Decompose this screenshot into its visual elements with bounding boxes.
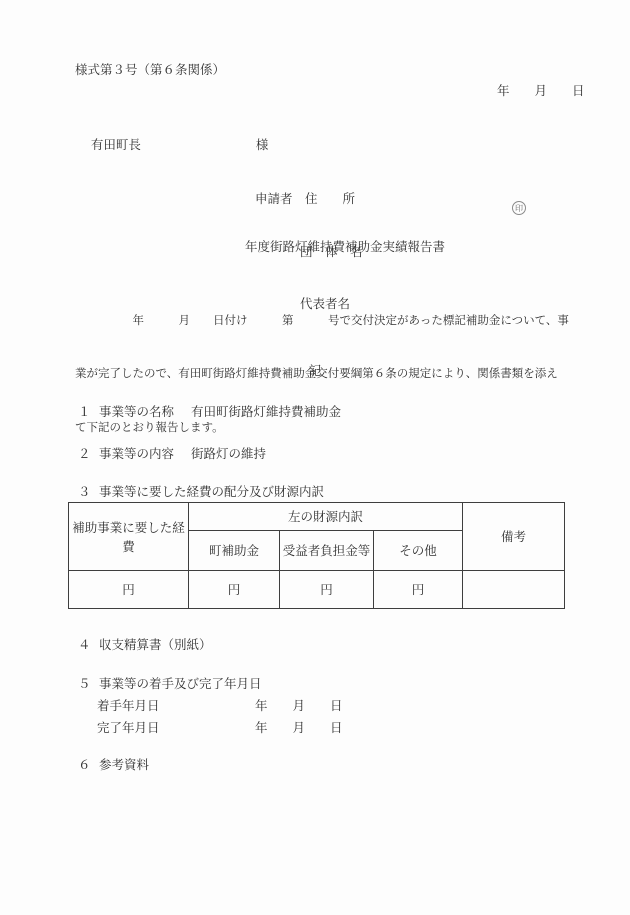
item-number: ５	[78, 676, 99, 691]
expense-header-cell: 補助事業に要した経費	[69, 503, 189, 571]
remarks-value-cell	[463, 571, 565, 609]
addressee-honorific: 様	[256, 137, 269, 152]
source-column-header: 町補助金	[189, 531, 280, 571]
document-page: 様式第３号（第６条関係） 年 月 日 有田町長様 申請者 住 所 団 体 名 代…	[0, 0, 630, 915]
document-title: 年度街路灯維持費補助金実績報告書	[245, 239, 445, 254]
item-number: １	[78, 404, 99, 419]
item-label: 事業等の名称	[99, 404, 191, 419]
addressee-name: 有田町長	[91, 137, 256, 152]
item-project-content: ２事業等の内容街路灯の維持	[78, 446, 266, 461]
beneficiary-amount-cell: 円	[280, 571, 374, 609]
item-label: 事業等の着手及び完了年月日	[99, 676, 262, 691]
item-value: 有田町街路灯維持費補助金	[191, 404, 341, 419]
remarks-header-cell: 備考	[463, 503, 565, 571]
body-paragraph: 年 月 日付け 第 号で交付決定があった標記補助金について、事 業が完了したので…	[75, 283, 575, 473]
item-reference-materials: ６参考資料	[78, 757, 149, 772]
applicant-label: 申請者	[255, 191, 293, 206]
item-label: 事業等の内容	[99, 446, 191, 461]
paragraph-line: て下記のとおり報告します。	[75, 420, 575, 443]
start-date-label: 着手年月日	[97, 698, 255, 713]
item-expense-breakdown: ３事業等に要した経費の配分及び財源内訳	[78, 484, 324, 499]
item-label: 参考資料	[99, 757, 149, 772]
date-blank-line: 年 月 日	[497, 83, 585, 98]
other-amount-cell: 円	[374, 571, 463, 609]
applicant-address-row: 申請者 住 所	[255, 191, 363, 214]
expense-breakdown-table: 補助事業に要した経費 左の財源内訳 備考 町補助金 受益者負担金等 その他 円 …	[68, 502, 565, 609]
paragraph-line: 年 月 日付け 第 号で交付決定があった標記補助金について、事	[75, 313, 575, 336]
addressee-row: 有田町長様	[75, 122, 268, 167]
source-column-header: その他	[374, 531, 463, 571]
item-label: 事業等に要した経費の配分及び財源内訳	[99, 484, 324, 499]
completion-date-blank: 年 月 日	[255, 720, 343, 735]
completion-date-row: 完了年月日年 月 日	[97, 720, 343, 735]
item-label: 収支精算書（別紙）	[99, 637, 212, 652]
item-number: ２	[78, 446, 99, 461]
item-number: ６	[78, 757, 99, 772]
item-project-name: １事業等の名称有田町街路灯維持費補助金	[78, 404, 341, 419]
item-value: 街路灯の維持	[191, 446, 266, 461]
source-group-header-cell: 左の財源内訳	[189, 503, 463, 531]
ki-label: 記	[0, 363, 630, 378]
seal-icon: 印	[512, 201, 526, 215]
town-subsidy-amount-cell: 円	[189, 571, 280, 609]
applicant-address-label: 住 所	[305, 191, 355, 206]
start-date-row: 着手年月日年 月 日	[97, 698, 343, 713]
item-settlement-statement: ４収支精算書（別紙）	[78, 637, 212, 652]
item-number: ３	[78, 484, 99, 499]
item-start-completion-dates: ５事業等の着手及び完了年月日	[78, 676, 262, 691]
item-number: ４	[78, 637, 99, 652]
start-date-blank: 年 月 日	[255, 698, 343, 713]
expense-amount-cell: 円	[69, 571, 189, 609]
completion-date-label: 完了年月日	[97, 720, 255, 735]
source-column-header: 受益者負担金等	[280, 531, 374, 571]
form-number: 様式第３号（第６条関係）	[75, 62, 225, 77]
